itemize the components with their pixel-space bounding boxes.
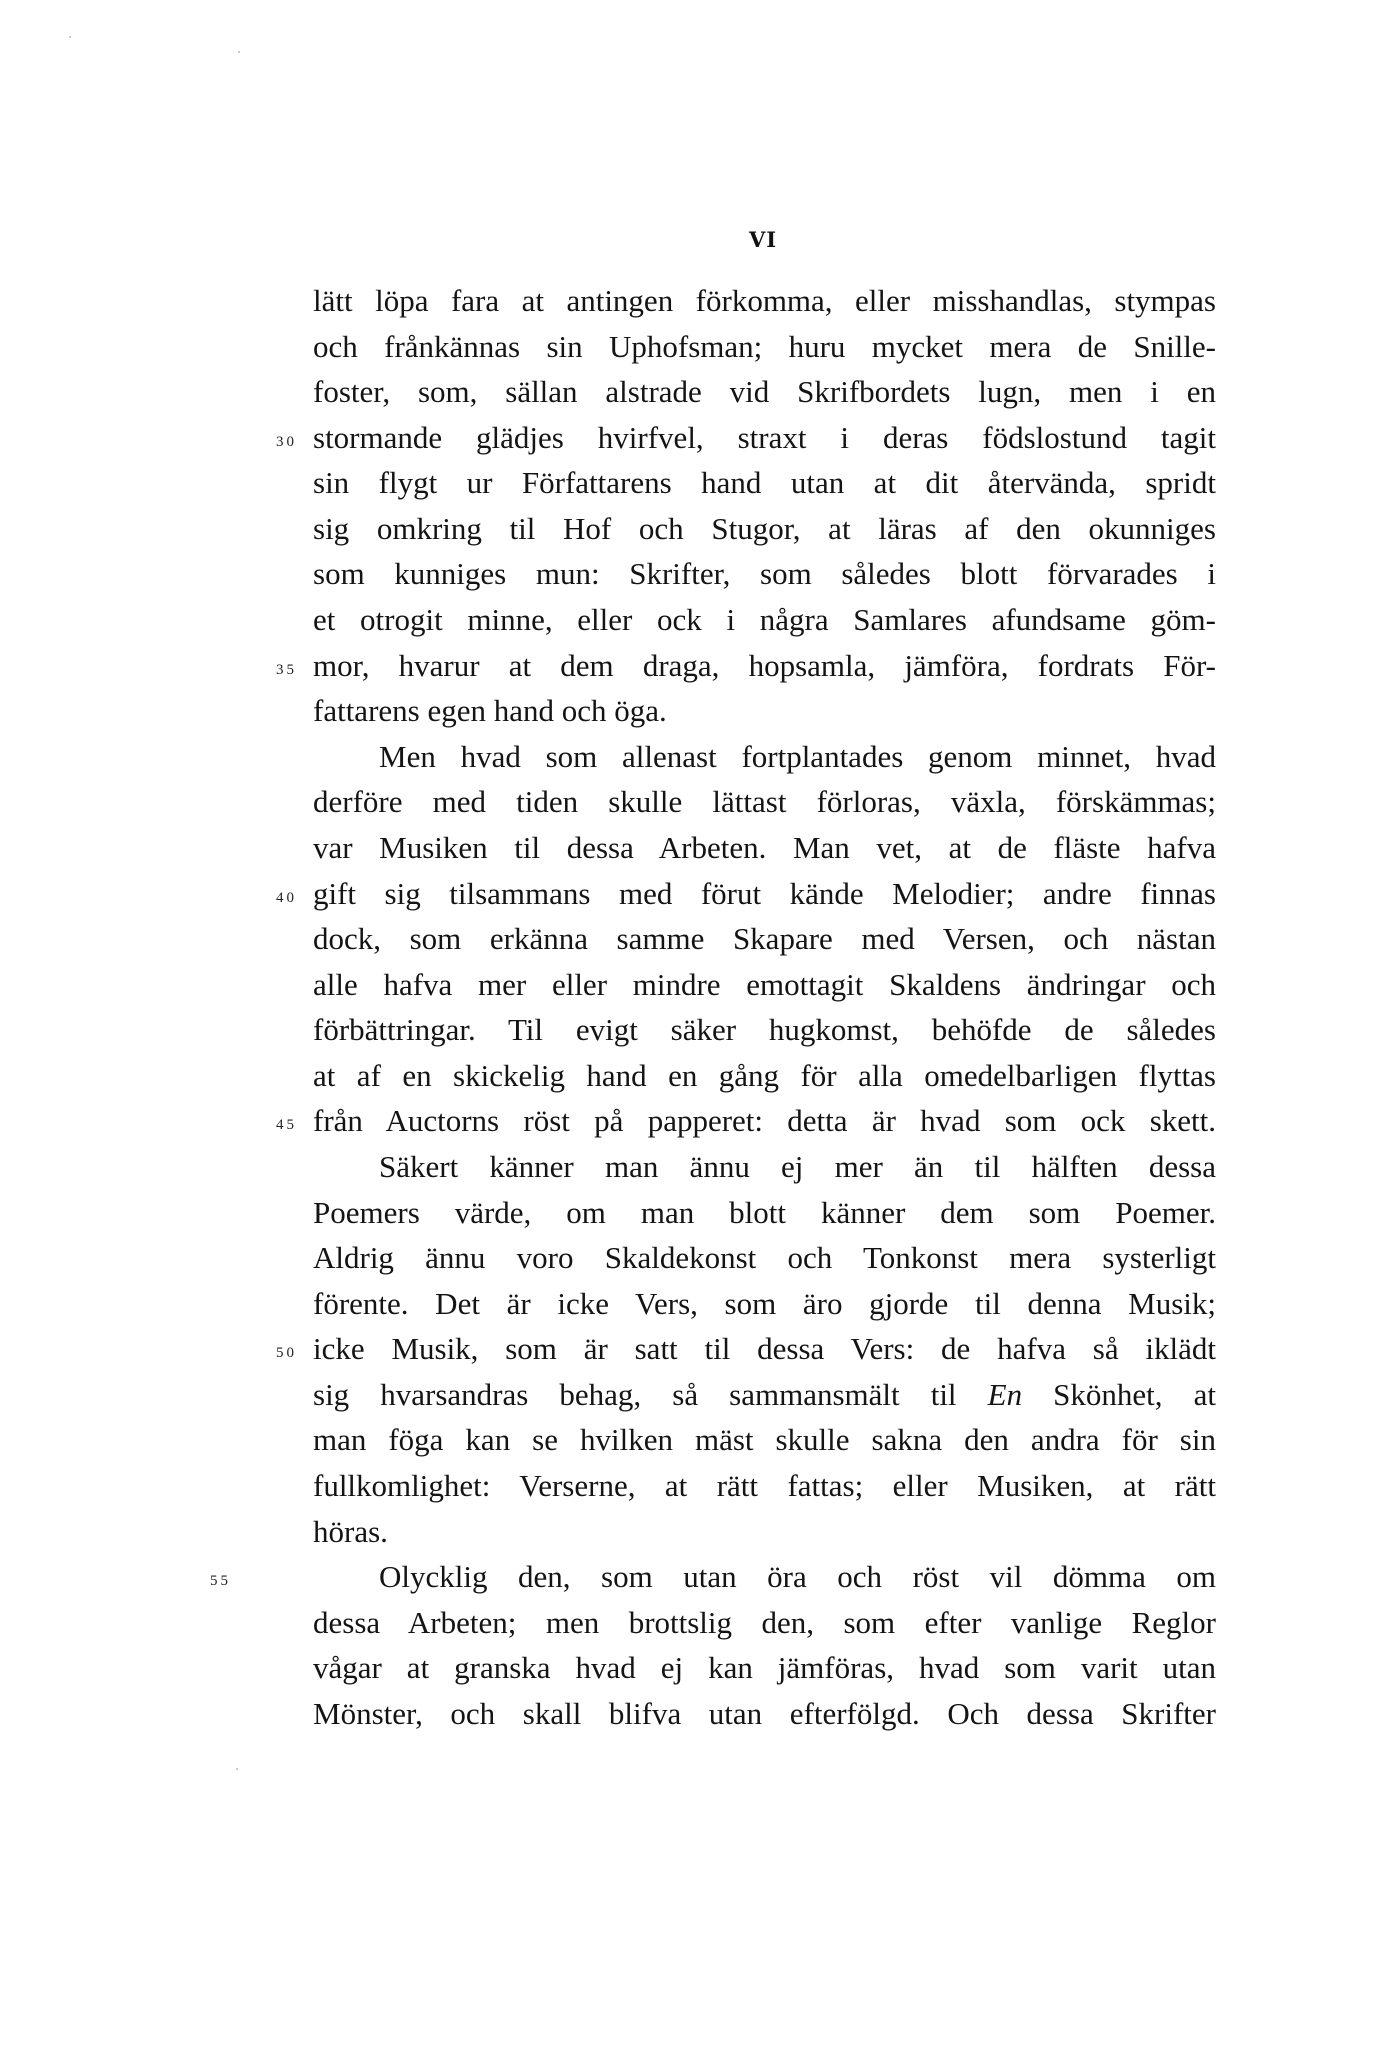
line-text: sig omkring til Hof och Stugor, at läras… [313,506,1216,552]
text-line: 30stormande glädjes hvirfvel, straxt i d… [313,415,1216,461]
line-text: mor, hvarur at dem draga, hopsamla, jämf… [313,643,1216,689]
line-text: lätt löpa fara at antingen förkomma, ell… [313,278,1216,324]
line-text: sig hvarsandras behag, så sammansmält ti… [313,1372,1216,1418]
text-line: 50icke Musik, som är satt til dessa Vers… [313,1326,1216,1372]
line-text: höras. [313,1509,1216,1555]
text-line: sig hvarsandras behag, så sammansmält ti… [313,1372,1216,1418]
line-text: Mönster, och skall blifva utan efterfölg… [313,1691,1216,1737]
text-line: dessa Arbeten; men brottslig den, som ef… [313,1600,1216,1646]
line-text: och frånkännas sin Uphofsman; huru mycke… [313,324,1216,370]
line-text: fullkomlighet: Verserne, at rätt fattas;… [313,1463,1216,1509]
line-text: et otrogit minne, eller ock i några Saml… [313,597,1216,643]
line-text: förbättringar. Til evigt säker hugkomst,… [313,1007,1216,1053]
text-line: var Musiken til dessa Arbeten. Man vet, … [313,825,1216,871]
line-text: Aldrig ännu voro Skaldekonst och Tonkons… [313,1235,1216,1281]
line-text: förente. Det är icke Vers, som äro gjord… [313,1281,1216,1327]
line-number: 45 [276,1098,297,1149]
line-text: at af en skickelig hand en gång för alla… [313,1053,1216,1099]
text-line: 35mor, hvarur at dem draga, hopsamla, jä… [313,643,1216,689]
text-line: at af en skickelig hand en gång för alla… [313,1053,1216,1099]
line-text: som kunniges mun: Skrifter, som således … [313,551,1216,597]
text-line: höras. [313,1509,1216,1555]
text-line: Men hvad som allenast fortplantades geno… [313,734,1216,780]
text-line: sig omkring til Hof och Stugor, at läras… [313,506,1216,552]
line-number: 50 [276,1326,297,1377]
line-text-after: Skönhet, at [1022,1377,1216,1412]
line-number: 55 [210,1554,231,1605]
scan-speck [69,36,71,38]
line-text: dessa Arbeten; men brottslig den, som ef… [313,1600,1216,1646]
text-line: och frånkännas sin Uphofsman; huru mycke… [313,324,1216,370]
document-page: VI lätt löpa fara at antingen förkomma, … [0,0,1384,2050]
text-line: förente. Det är icke Vers, som äro gjord… [313,1281,1216,1327]
scan-speck [238,51,240,53]
scan-speck [236,1768,238,1770]
line-text: alle hafva mer eller mindre emottagit Sk… [313,962,1216,1008]
text-line: fattarens egen hand och öga. [313,688,1216,734]
line-text: foster, som, sällan alstrade vid Skrifbo… [313,369,1216,415]
line-text: Men hvad som allenast fortplantades geno… [379,734,1216,780]
text-line: 45från Auctorns röst på papperet: detta … [313,1098,1216,1144]
line-text: stormande glädjes hvirfvel, straxt i der… [313,415,1216,461]
line-text: man föga kan se hvilken mäst skulle sakn… [313,1417,1216,1463]
line-text: gift sig tilsammans med förut kände Melo… [313,871,1216,917]
text-line: dock, som erkänna samme Skapare med Vers… [313,916,1216,962]
text-line: 40gift sig tilsammans med förut kände Me… [313,871,1216,917]
text-line: 55Olycklig den, som utan öra och röst vi… [313,1554,1216,1600]
text-line: förbättringar. Til evigt säker hugkomst,… [313,1007,1216,1053]
line-text: fattarens egen hand och öga. [313,688,1216,734]
line-text: Olycklig den, som utan öra och röst vil … [379,1554,1216,1600]
text-line: man föga kan se hvilken mäst skulle sakn… [313,1417,1216,1463]
text-line: Poemers värde, om man blott känner dem s… [313,1190,1216,1236]
text-line: Mönster, och skall blifva utan efterfölg… [313,1691,1216,1737]
text-line: derföre med tiden skulle lättast förlora… [313,779,1216,825]
text-line: foster, som, sällan alstrade vid Skrifbo… [313,369,1216,415]
italic-word: En [988,1377,1022,1412]
text-line: lätt löpa fara at antingen förkomma, ell… [313,278,1216,324]
text-line: Säkert känner man ännu ej mer än til häl… [313,1144,1216,1190]
text-line: Aldrig ännu voro Skaldekonst och Tonkons… [313,1235,1216,1281]
text-line: alle hafva mer eller mindre emottagit Sk… [313,962,1216,1008]
text-line: fullkomlighet: Verserne, at rätt fattas;… [313,1463,1216,1509]
text-line: vågar at granska hvad ej kan jämföras, h… [313,1645,1216,1691]
line-text-before: sig hvarsandras behag, så sammansmält ti… [313,1377,988,1412]
line-text: Poemers värde, om man blott känner dem s… [313,1190,1216,1236]
page-number: VI [713,226,813,254]
text-line: et otrogit minne, eller ock i några Saml… [313,597,1216,643]
line-text: derföre med tiden skulle lättast förlora… [313,779,1216,825]
line-text: sin flygt ur Författarens hand utan at d… [313,460,1216,506]
body-text: lätt löpa fara at antingen förkomma, ell… [313,278,1216,1737]
line-text: icke Musik, som är satt til dessa Vers: … [313,1326,1216,1372]
text-line: som kunniges mun: Skrifter, som således … [313,551,1216,597]
line-number: 30 [276,415,297,466]
text-line: sin flygt ur Författarens hand utan at d… [313,460,1216,506]
line-text: dock, som erkänna samme Skapare med Vers… [313,916,1216,962]
line-text: vågar at granska hvad ej kan jämföras, h… [313,1645,1216,1691]
line-number: 35 [276,643,297,694]
line-text: var Musiken til dessa Arbeten. Man vet, … [313,825,1216,871]
line-text: Säkert känner man ännu ej mer än til häl… [379,1144,1216,1190]
line-number: 40 [276,871,297,922]
line-text: från Auctorns röst på papperet: detta är… [313,1098,1216,1144]
